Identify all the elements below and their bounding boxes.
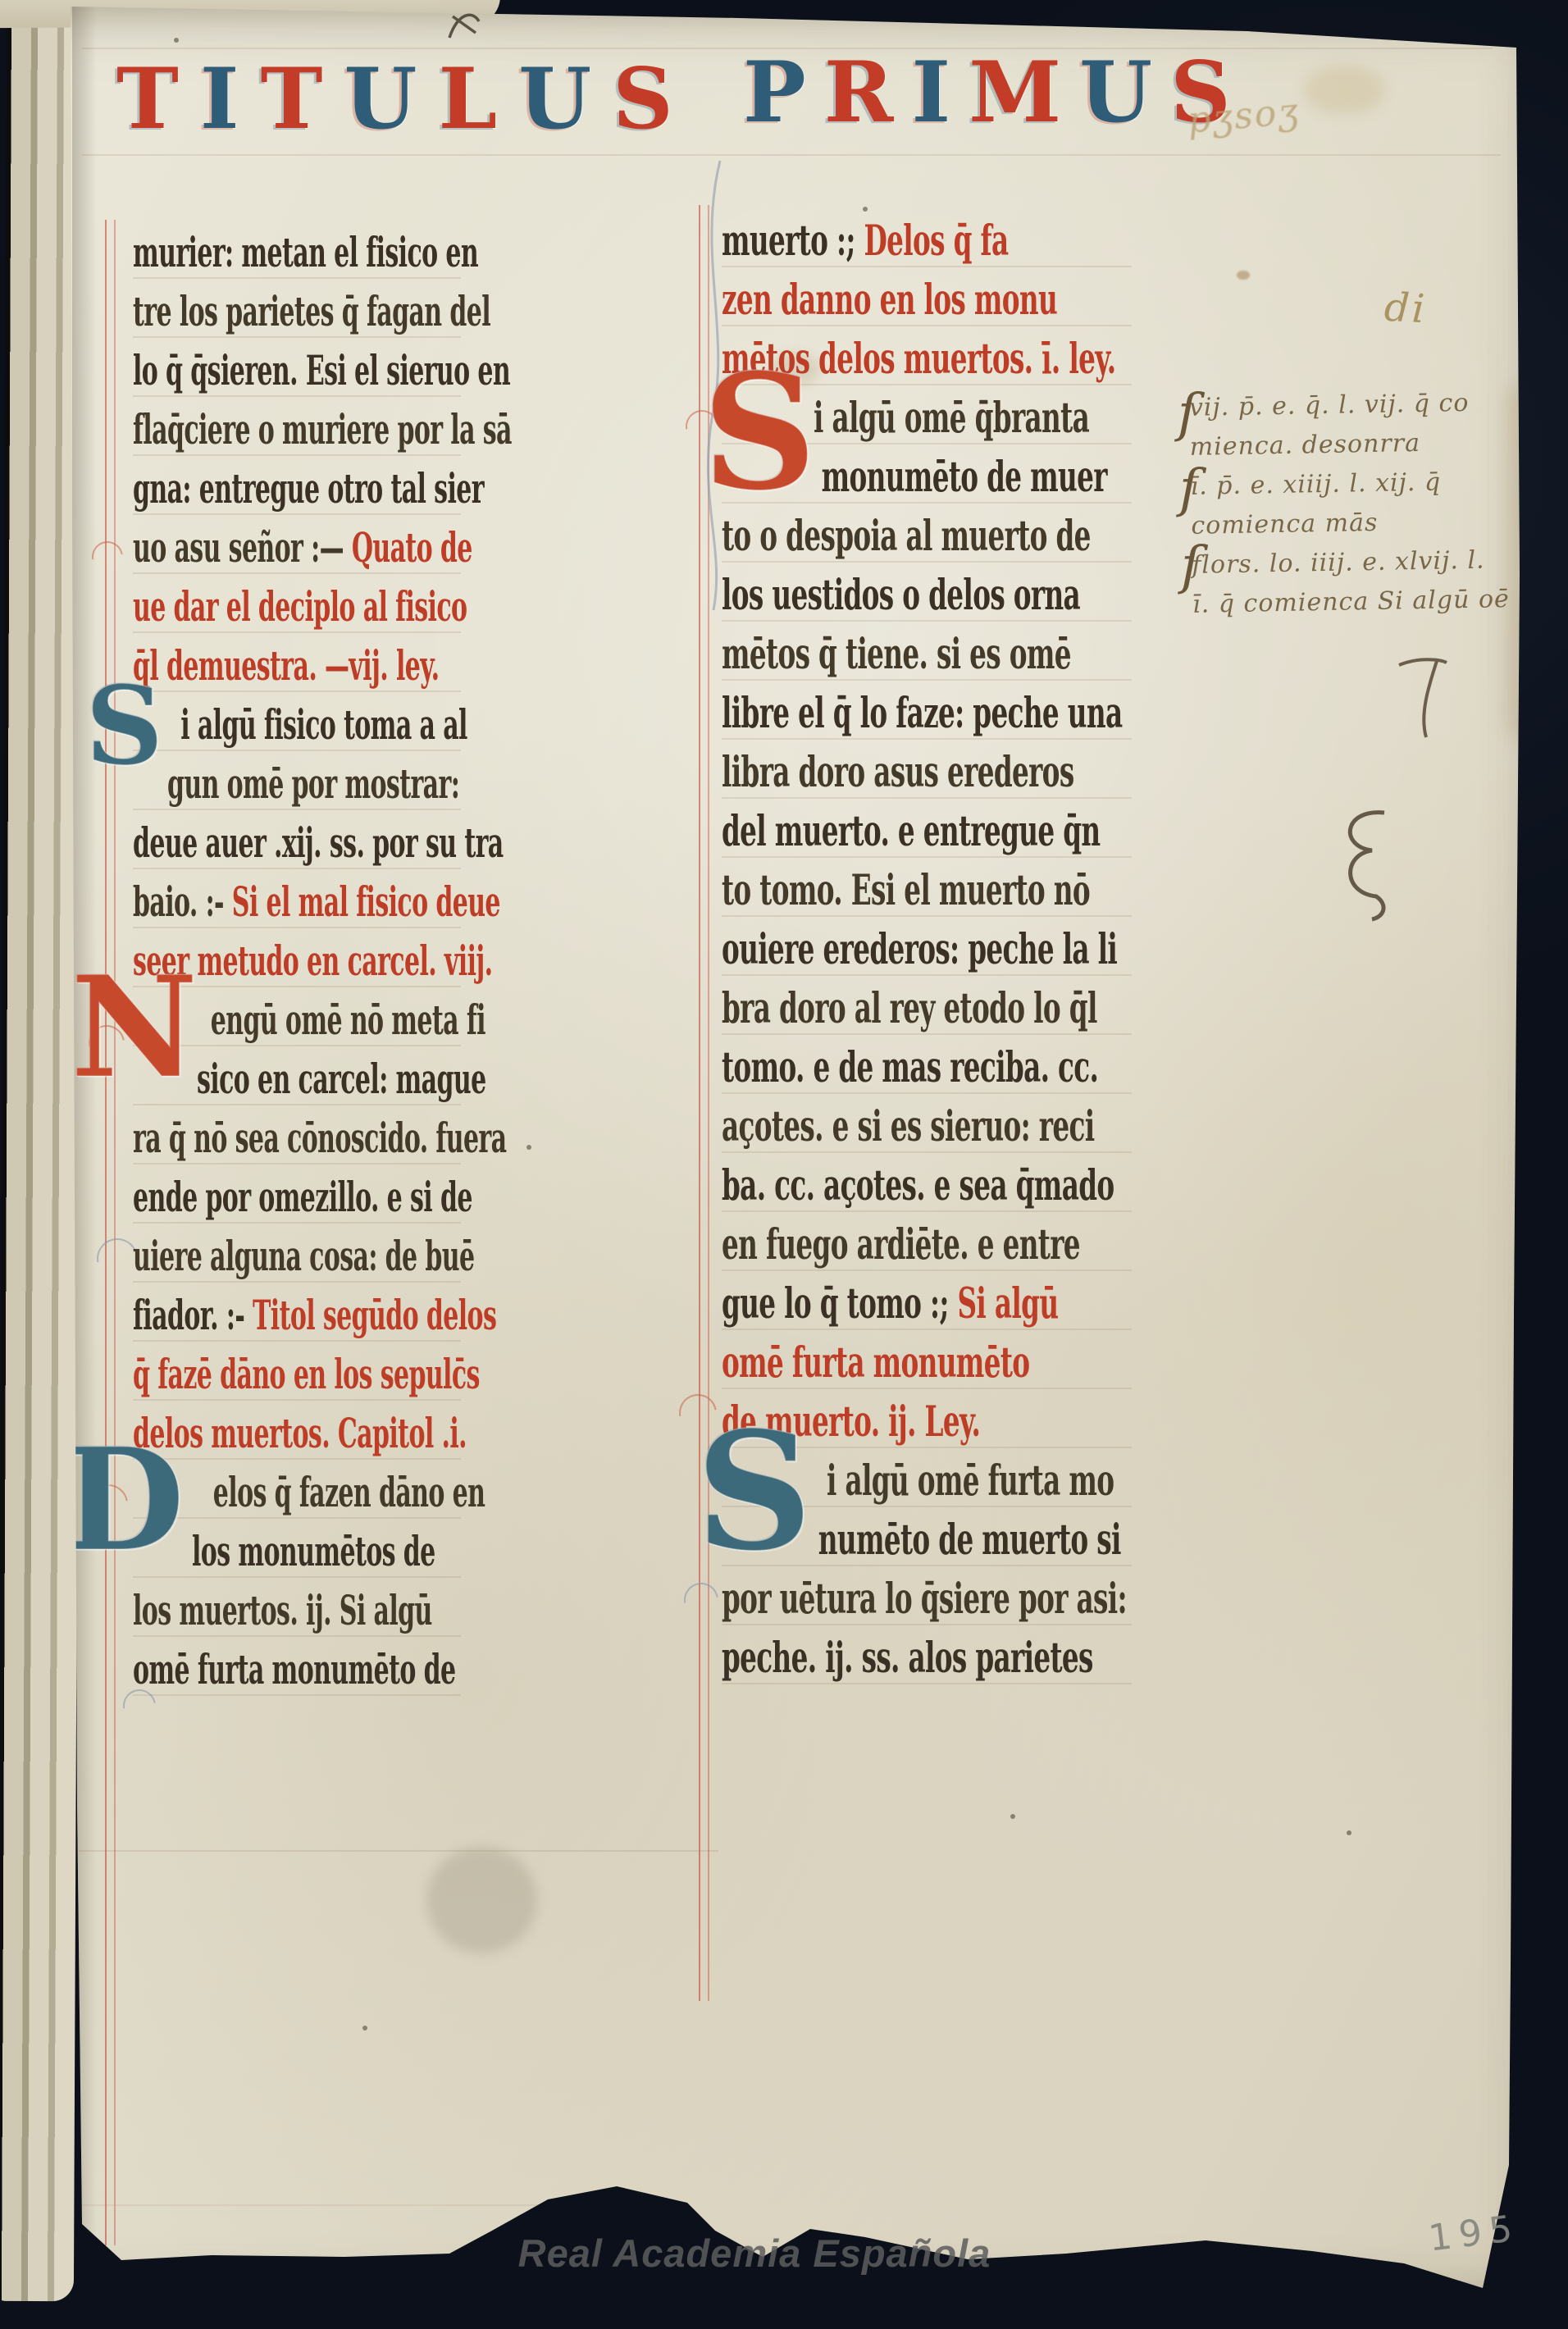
book-fore-edges	[0, 0, 84, 2301]
header-titulus: TITULUS	[116, 57, 673, 141]
pen-trial-mark	[1394, 652, 1456, 746]
gloss-line: ī. q̄ comienca Si algū oē	[1192, 579, 1554, 625]
gloss-paragraph-mark: ſ	[1181, 540, 1201, 592]
stain	[1237, 271, 1250, 280]
rubric-text: Si el mal fisico deue	[224, 877, 500, 926]
text-line: bra doro al rey etodo lo q̄l	[722, 979, 984, 1038]
body-text: gna: entregue otro tal sier	[133, 464, 484, 513]
text-line: ue dar el deciplo al fisico	[133, 577, 330, 636]
body-text: elos q̄ fazen dāno en	[213, 1468, 485, 1516]
quire-mark: di	[1383, 285, 1429, 333]
gloss-line: comienca mās	[1191, 500, 1552, 546]
display-capital: R	[824, 51, 894, 134]
ruling-line	[79, 2204, 653, 2206]
body-text: fiador. :-	[133, 1291, 244, 1339]
text-line: omē furta monumēto de	[133, 1640, 330, 1699]
rubric-text: Quato de	[344, 523, 472, 572]
text-line: tre los parietes q̄ fagan del	[133, 282, 330, 341]
header-primus: PRIMUS	[743, 51, 1231, 134]
display-capital: L	[438, 57, 497, 141]
body-text: libra doro asus erederos	[722, 748, 1074, 797]
stain	[426, 1847, 537, 1953]
speck	[1347, 1830, 1351, 1835]
gloss-line: vij. p̄. e. q̄. l. vij. q̄ co	[1189, 382, 1551, 428]
text-line: omē furta monumēto	[722, 1333, 984, 1392]
text-line: baio. :- Si el mal fisico deue	[133, 873, 330, 932]
body-text: mētos q̄ tiene. si es omē	[722, 630, 1071, 679]
rubric-text: q̄ fazē dāno en los sepulc̄s	[133, 1350, 480, 1398]
body-text: engū omē nō meta fi	[211, 996, 485, 1044]
body-text: deue auer .xij. ss. por su tra	[133, 818, 504, 867]
text-line: gna: entregue otro tal sier	[133, 459, 330, 518]
gloss-paragraph-mark: ſ	[1179, 463, 1199, 515]
body-text: i algū omē q̄branta	[814, 394, 1089, 443]
text-line: fiador. :- Titol segūdo delos	[133, 1286, 330, 1345]
display-capital: I	[911, 51, 950, 134]
text-line: uiere alguna cosa: de buē	[133, 1227, 330, 1286]
text-line: peche. ij. ss. alos parietes	[722, 1629, 984, 1688]
text-line: deue auer .xij. ss. por su tra	[133, 814, 330, 873]
gutter-fold-shadow	[72, 0, 97, 2280]
illuminated-initial: S	[695, 1425, 813, 1558]
display-capital: U	[344, 57, 417, 141]
display-capital: U	[518, 57, 591, 141]
body-text: gun omē por mostrar:	[167, 759, 459, 808]
text-line: muerto :; Delos q̄ fa	[722, 212, 984, 271]
body-text: murier: metan el fisico en	[133, 228, 478, 276]
body-text: los muertos. ij. Si algū	[133, 1586, 432, 1634]
ruling-line	[79, 1850, 718, 1852]
body-text: en fuego ardiēte. e entre	[722, 1220, 1080, 1269]
body-text: baio. :-	[133, 877, 224, 926]
display-capital: I	[200, 57, 239, 141]
illuminated-initial: S	[85, 682, 163, 771]
body-text: i algū omē furta mo	[827, 1456, 1114, 1506]
body-text: los uestidos o delos orna	[722, 571, 1080, 620]
gloss-paragraph-mark: ſ	[1178, 387, 1197, 440]
text-line: los uestidos o delos orna	[722, 566, 984, 625]
body-text: ouiere erederos: peche la li	[722, 925, 1117, 974]
text-line: los muertos. ij. Si algū	[133, 1581, 330, 1640]
display-capital: T	[261, 57, 323, 141]
text-line: lo q̄ q̄sieren. Esi el sieruo en	[133, 341, 330, 400]
body-text: los monumētos de	[192, 1527, 435, 1575]
body-text: numēto de muerto si	[818, 1515, 1121, 1565]
text-line: ende por omezillo. e si de	[133, 1168, 330, 1227]
body-text: bra doro al rey etodo lo q̄l	[722, 984, 1097, 1033]
text-line: gue lo q̄ tomo :; Si algū	[722, 1274, 984, 1333]
rubric-text: ue dar el deciplo al fisico	[133, 582, 467, 631]
gloss-line: ī. p̄. e. xiiij. l. xij. q̄	[1190, 461, 1552, 507]
body-text: i algū fisico toma a al	[180, 700, 467, 749]
body-text: omē furta monumēto de	[133, 1645, 456, 1693]
illuminated-initial: S	[702, 367, 817, 498]
rubric-text: Delos q̄ fa	[855, 216, 1009, 266]
body-text: flaq̄ciere o muriere por la sā	[133, 405, 512, 453]
marginal-gloss: vij. p̄. e. q̄. l. vij. q̄ comienca. des…	[1189, 382, 1554, 625]
body-text: peche. ij. ss. alos parietes	[722, 1634, 1093, 1683]
text-line: flaq̄ciere o muriere por la sā	[133, 400, 330, 459]
display-capital: M	[969, 51, 1061, 134]
display-capital: S	[613, 57, 673, 141]
speck	[526, 1145, 531, 1150]
illuminated-initial: D	[62, 1442, 185, 1557]
body-text: sico en carcel: mague	[197, 1055, 486, 1103]
text-line: to tomo. Esi el muerto nō	[722, 861, 984, 920]
text-line: ouiere erederos: peche la li	[722, 920, 984, 979]
body-text: to tomo. Esi el muerto nō	[722, 866, 1090, 915]
rubric-text: Si algū	[949, 1279, 1059, 1329]
library-watermark: Real Academia Española	[508, 2231, 1001, 2276]
display-capital: T	[116, 57, 179, 141]
body-text: ba. cc. açotes. e sea q̄mado	[722, 1161, 1114, 1210]
gloss-line: mienca. desonrra	[1189, 422, 1551, 467]
speck	[174, 38, 179, 43]
rubric-text: zen danno en los monu	[722, 276, 1057, 325]
stain	[1304, 66, 1386, 115]
rubric-text: omē furta monumēto	[722, 1338, 1029, 1388]
speck	[1010, 1814, 1015, 1819]
speck	[362, 2026, 367, 2030]
illuminated-initial: N	[71, 971, 198, 1085]
body-text: ende por omezillo. e si de	[133, 1173, 472, 1221]
left-margin-rail	[105, 220, 116, 2245]
text-line: ba. cc. açotes. e sea q̄mado	[722, 1156, 984, 1215]
body-text: del muerto. e entregue q̄n	[722, 807, 1100, 856]
body-text: ra q̄ nō sea cōnoscido. fuera	[133, 1114, 506, 1162]
text-line: q̄ fazē dāno en los sepulc̄s	[133, 1345, 330, 1404]
body-text: libre el q̄ lo faze: peche una	[722, 689, 1122, 738]
body-text: açotes. e si es sieruo: reci	[722, 1102, 1094, 1151]
body-text: uo asu señor :—	[133, 523, 344, 572]
body-text: lo q̄ q̄sieren. Esi el sieruo en	[133, 346, 510, 394]
ruling-line	[82, 154, 1501, 156]
text-line: libre el q̄ lo faze: peche una	[722, 684, 984, 743]
body-text: monumēto de muer	[822, 453, 1107, 502]
body-text: tomo. e de mas reciba. cc.	[722, 1043, 1098, 1092]
rubric-text: q̄l demuestra. —vij. ley.	[133, 641, 439, 690]
text-line: en fuego ardiēte. e entre	[722, 1215, 984, 1274]
body-text: muerto :;	[722, 216, 855, 266]
text-column-right: muerto :; Delos q̄ fazen danno en los mo…	[722, 212, 1132, 1693]
text-line: uo asu señor :— Quato de	[133, 518, 330, 577]
body-text: uiere alguna cosa: de buē	[133, 1232, 474, 1280]
text-line: zen danno en los monu	[722, 271, 984, 330]
text-line: tomo. e de mas reciba. cc.	[722, 1038, 984, 1097]
text-line: murier: metan el fisico en	[133, 223, 330, 282]
display-capital: P	[743, 51, 806, 134]
text-line: mētos q̄ tiene. si es omē	[722, 625, 984, 684]
body-text: tre los parietes q̄ fagan del	[133, 287, 490, 335]
text-column-left: murier: metan el fisico entre los pariet…	[133, 223, 461, 1704]
rubric-text: Titol segūdo delos	[244, 1291, 496, 1339]
text-line: libra doro asus erederos	[722, 743, 984, 802]
body-text: gue lo q̄ tomo :;	[722, 1279, 949, 1329]
manuscript-page: TITULUS PRIMUS murier: metan el fisico e…	[0, 0, 1568, 2329]
pen-trial-curl	[1325, 800, 1403, 927]
text-line: ra q̄ nō sea cōnoscido. fuera	[133, 1109, 330, 1168]
text-line: açotes. e si es sieruo: reci	[722, 1097, 984, 1156]
gloss-line: flors. lo. iiij. e. xlvij. l.	[1192, 540, 1553, 586]
display-capital: U	[1079, 51, 1152, 134]
text-line: del muerto. e entregue q̄n	[722, 802, 984, 861]
